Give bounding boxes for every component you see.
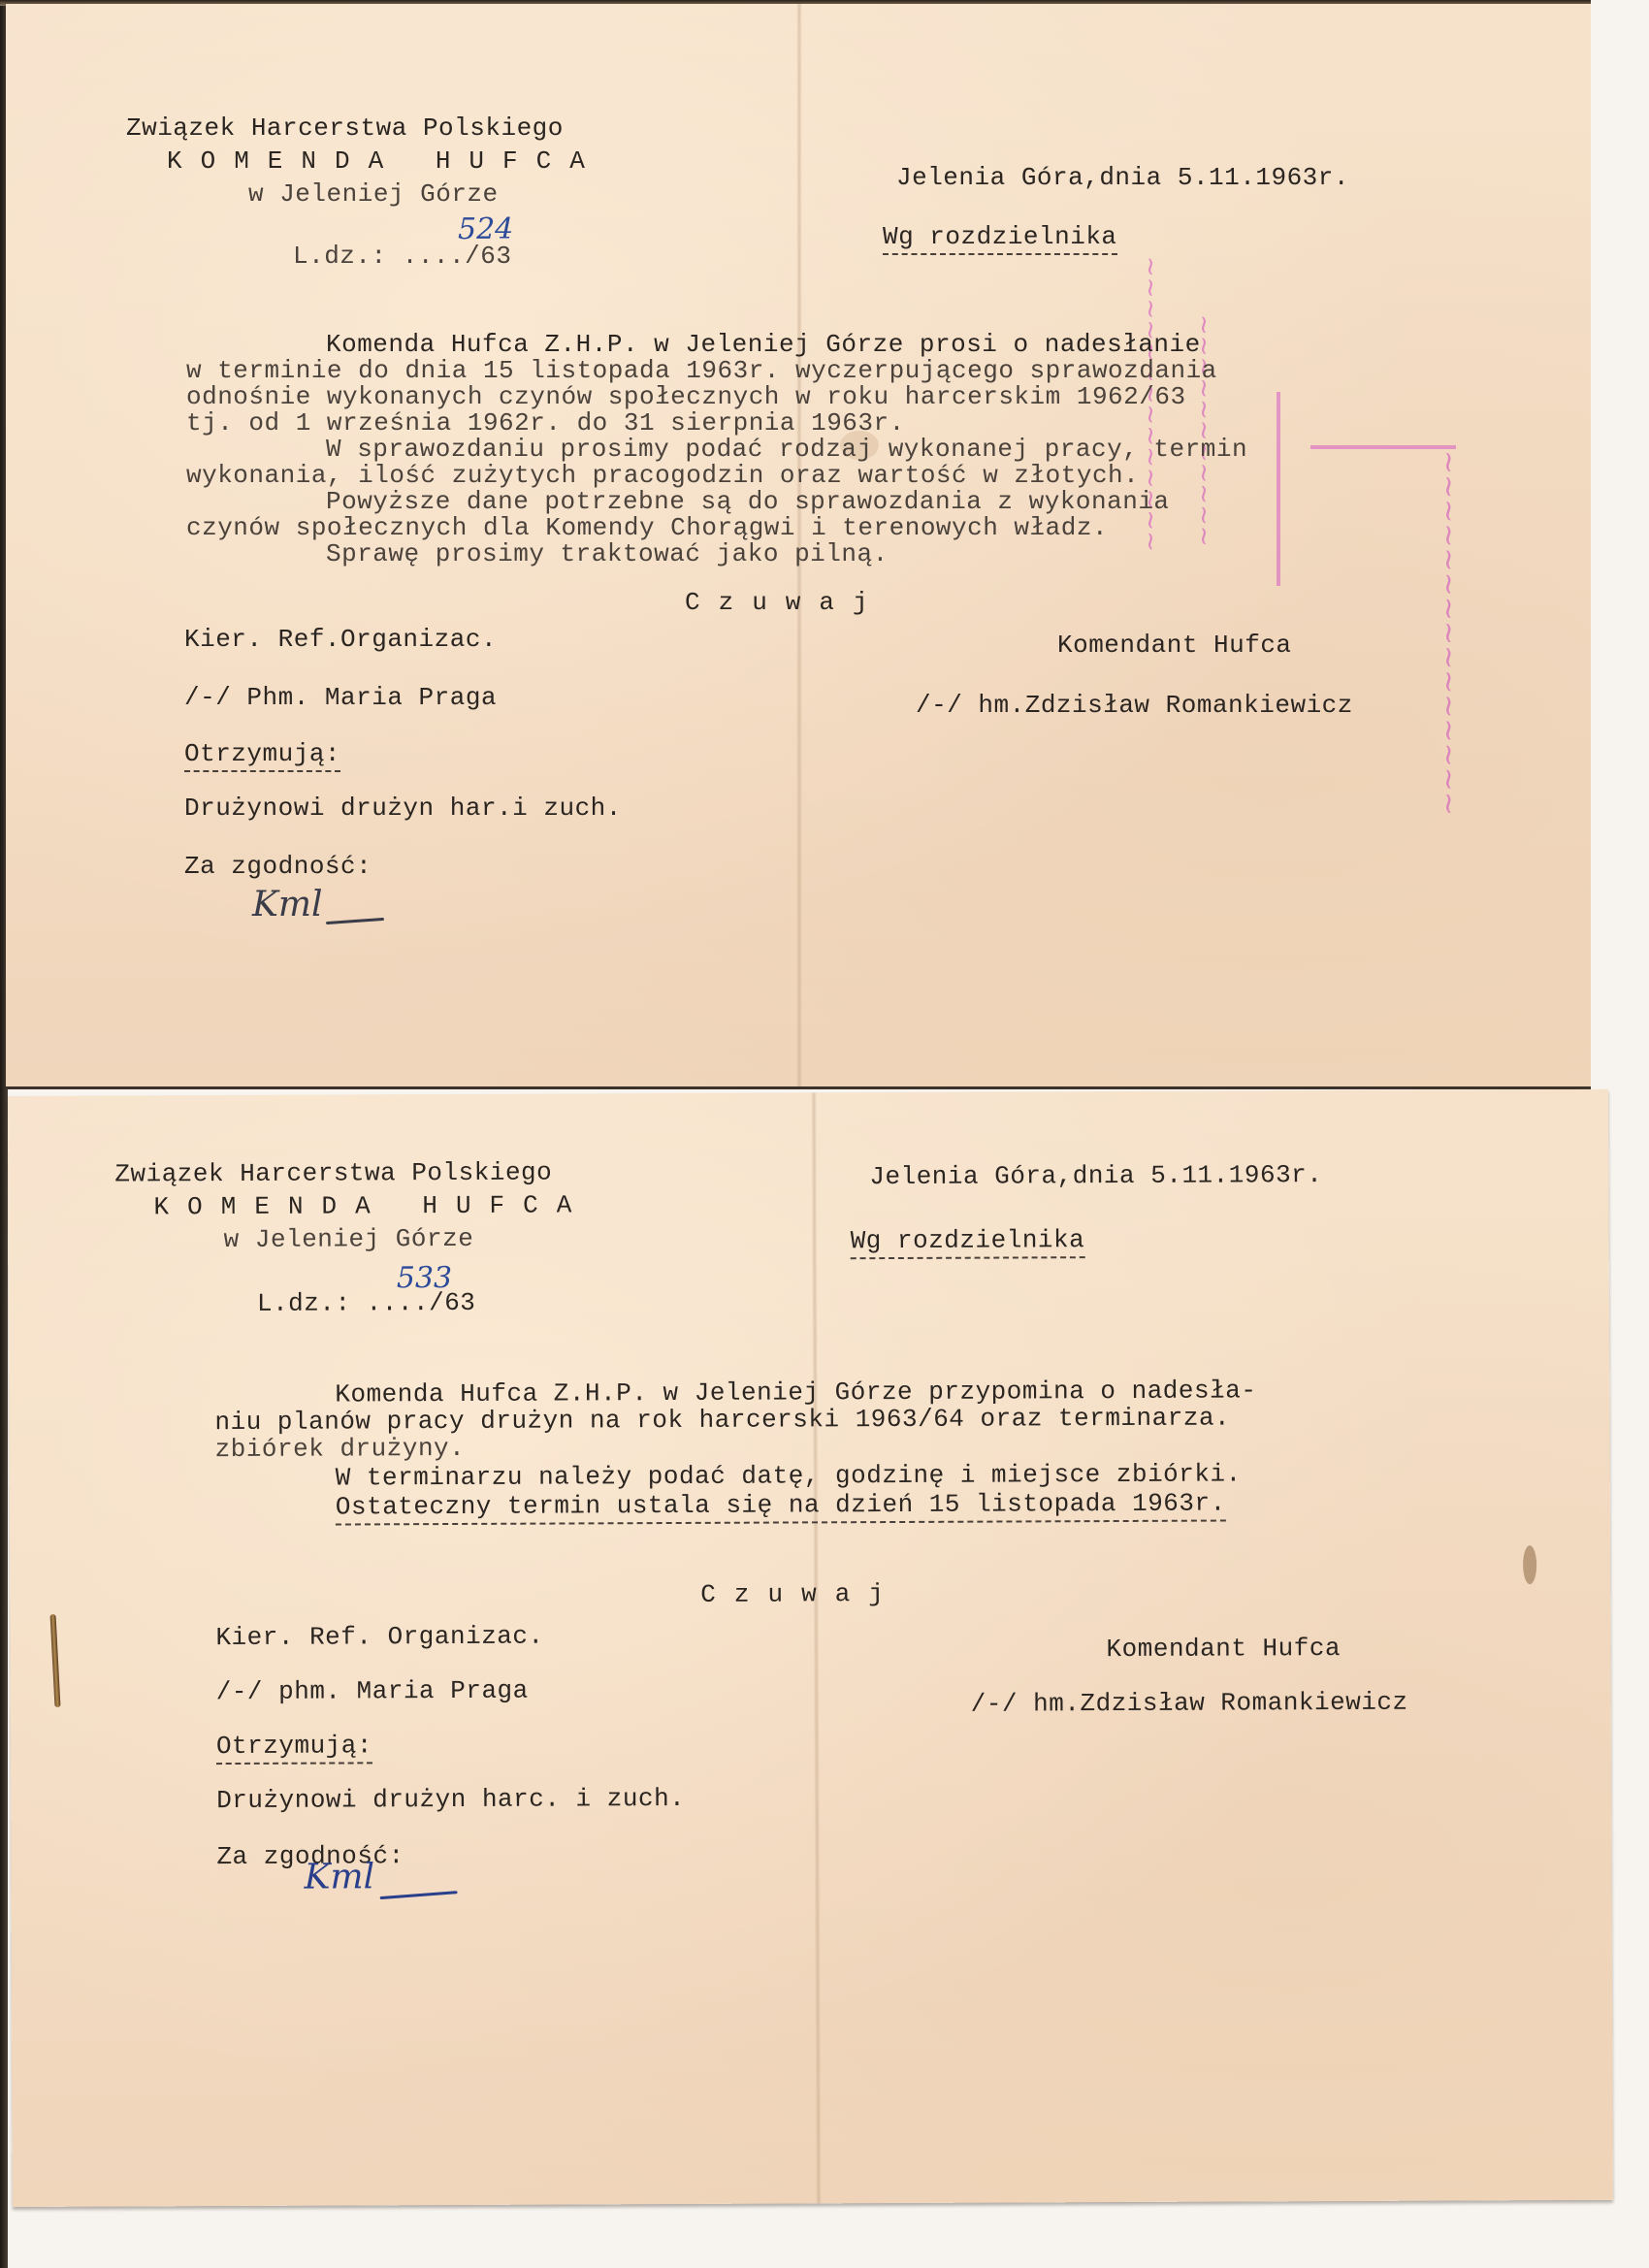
organization-name: Związek Harcerstwa Polskiego: [114, 1158, 552, 1189]
distribution-label: Otrzymują:: [184, 739, 340, 768]
handwritten-reference-number: 524: [458, 212, 513, 246]
recipient-line: Wg rozdzielnika: [883, 222, 1117, 251]
magenta-stamp-line: [1277, 392, 1280, 586]
distribution-list: Drużynowi drużyn har.i zuch.: [184, 794, 622, 823]
distribution-label-text: Otrzymują:: [184, 739, 340, 772]
distribution-list: Drużynowi drużyn harc. i zuch.: [216, 1784, 685, 1815]
body-line: czynów społecznych dla Komendy Chorągwi …: [186, 513, 1108, 542]
reference-prefix: L.dz.:: [257, 1288, 367, 1317]
left-signatory-title: Kier. Ref. Organizac.: [215, 1622, 543, 1652]
handwritten-signature: Kml: [304, 1857, 374, 1896]
body-line: tj. od 1 września 1962r. do 31 sierpnia …: [186, 408, 905, 437]
right-signatory-name: /-/ hm.Zdzisław Romankiewicz: [971, 1688, 1408, 1719]
handwritten-signature: Kml: [252, 885, 323, 924]
reference-dots: ....: [403, 242, 465, 271]
closing-salutation: Czuwaj: [700, 1579, 902, 1609]
distribution-label-text: Otrzymują:: [216, 1731, 372, 1765]
left-signatory-name: /-/ phm. Maria Praga: [216, 1676, 529, 1706]
body-line: zbiórek drużyny.: [215, 1434, 466, 1464]
body-line: niu planów pracy drużyn na rok harcerski…: [214, 1404, 1230, 1438]
body-line: Komenda Hufca Z.H.P. w Jeleniej Górze pr…: [326, 330, 1201, 359]
magenta-stamp-line: [1310, 445, 1456, 449]
body-line: w terminie do dnia 15 listopada 1963r. w…: [186, 356, 1217, 385]
paper-stain: [1523, 1545, 1536, 1584]
organization-name: Związek Harcerstwa Polskiego: [126, 113, 564, 143]
unit-location: w Jeleniej Górze: [248, 179, 499, 209]
signature-stroke: [380, 1891, 458, 1899]
right-signatory-title: Komendant Hufca: [1057, 631, 1292, 660]
signature-stroke: [326, 918, 384, 924]
unit-name: KOMENDA HUFCA: [153, 1190, 590, 1221]
closing-salutation: Czuwaj: [685, 588, 887, 617]
unit-location: w Jeleniej Górze: [224, 1224, 474, 1254]
reference-prefix: L.dz.:: [293, 242, 403, 271]
body-line: W terminarzu należy podać datę, godzinę …: [336, 1459, 1242, 1492]
recipient-text: Wg rozdzielnika: [851, 1225, 1085, 1259]
letter-page-2: Związek Harcerstwa Polskiego KOMENDA HUF…: [8, 1089, 1613, 2207]
right-signatory-title: Komendant Hufca: [1106, 1634, 1341, 1664]
unit-name: KOMENDA HUFCA: [167, 146, 603, 176]
left-signatory-title: Kier. Ref.Organizac.: [184, 625, 497, 654]
body-line: Powyższe dane potrzebne są do sprawozdan…: [326, 487, 1170, 516]
handwritten-reference-number: 533: [397, 1261, 452, 1295]
left-signatory-name: /-/ Phm. Maria Praga: [184, 683, 497, 712]
date-line: Jelenia Góra,dnia 5.11.1963r.: [869, 1160, 1322, 1191]
body-line: W sprawozdaniu prosimy podać rodzaj wyko…: [326, 435, 1247, 464]
body-line: wykonania, ilość zużytych pracogodzin or…: [186, 461, 1139, 490]
recipient-line: Wg rozdzielnika: [851, 1225, 1085, 1255]
certification-label: Za zgodność:: [184, 852, 372, 881]
letter-page-1: ~~~~~~~~~~~~~~ ~~~~~~~~~~~ ~~~~~~~~~~~~~…: [6, 4, 1591, 1089]
magenta-stamp-annotation: ~~~~~~~~~~~~~~~: [1432, 450, 1466, 1022]
deadline-text: Ostateczny termin ustala się na dzień 15…: [336, 1489, 1226, 1526]
body-line: Sprawę prosimy traktować jako pilną.: [326, 539, 889, 568]
paper-fold-crease: [811, 1092, 822, 2203]
right-signatory-name: /-/ hm.Zdzisław Romankiewicz: [916, 691, 1353, 720]
distribution-label: Otrzymują:: [216, 1731, 372, 1761]
body-line: odnośnie wykonanych czynów społecznych w…: [186, 382, 1186, 411]
body-line: Ostateczny termin ustala się na dzień 15…: [336, 1489, 1226, 1522]
recipient-text: Wg rozdzielnika: [883, 222, 1117, 255]
date-line: Jelenia Góra,dnia 5.11.1963r.: [896, 163, 1349, 192]
